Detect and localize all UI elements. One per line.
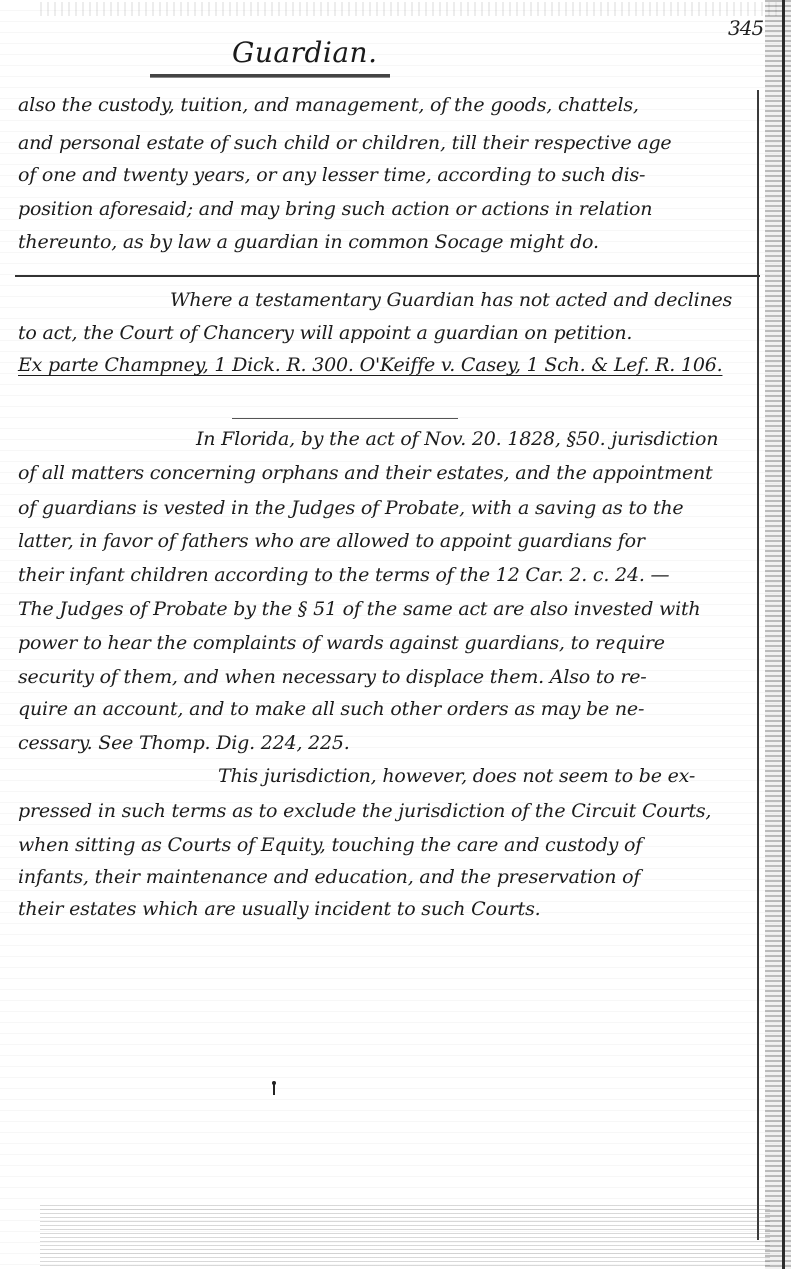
text-line: of guardians is vested in the Judges of …: [18, 497, 758, 519]
heading-underline: [150, 74, 390, 78]
citation-line: Ex parte Champney, 1 Dick. R. 300. O'Kei…: [18, 354, 758, 376]
text-line: of one and twenty years, or any lesser t…: [18, 164, 758, 186]
page-border-rule: [782, 0, 785, 1269]
short-divider: [232, 418, 458, 419]
manuscript-page: 345 Guardian. also the custody, tuition,…: [0, 0, 791, 1269]
text-line: when sitting as Courts of Equity, touchi…: [18, 834, 758, 856]
text-line: quire an account, and to make all such o…: [18, 698, 758, 720]
text-line: infants, their maintenance and education…: [18, 866, 758, 888]
text-line: and personal estate of such child or chi…: [18, 132, 758, 154]
text-line: position aforesaid; and may bring such a…: [18, 198, 758, 220]
text-line: their infant children according to the t…: [18, 564, 758, 586]
right-margin-rule: [757, 90, 759, 1240]
scan-noise-top: [40, 2, 780, 16]
text-line: This jurisdiction, however, does not see…: [218, 765, 760, 787]
text-line: In Florida, by the act of Nov. 20. 1828,…: [196, 428, 760, 450]
text-line: pressed in such terms as to exclude the …: [18, 800, 758, 822]
section-divider: [15, 275, 760, 277]
text-line: cessary. See Thomp. Dig. 224, 225.: [18, 732, 758, 754]
text-line: of all matters concerning orphans and th…: [18, 462, 758, 484]
text-line: The Judges of Probate by the § 51 of the…: [18, 598, 758, 620]
text-line: to act, the Court of Chancery will appoi…: [18, 322, 758, 344]
scan-noise-bottom: [40, 1205, 770, 1269]
text-line: power to hear the complaints of wards ag…: [18, 632, 758, 654]
ink-mark: [273, 1083, 275, 1095]
text-line: latter, in favor of fathers who are allo…: [18, 530, 758, 552]
text-line: security of them, and when necessary to …: [18, 666, 758, 688]
page-binding-edge: [765, 0, 791, 1269]
text-line: Where a testamentary Guardian has not ac…: [170, 289, 760, 311]
page-number: 345: [728, 16, 763, 40]
page-heading: Guardian.: [232, 36, 377, 69]
text-line: thereunto, as by law a guardian in commo…: [18, 231, 758, 253]
text-line: also the custody, tuition, and managemen…: [18, 94, 758, 116]
text-line: their estates which are usually incident…: [18, 898, 758, 920]
